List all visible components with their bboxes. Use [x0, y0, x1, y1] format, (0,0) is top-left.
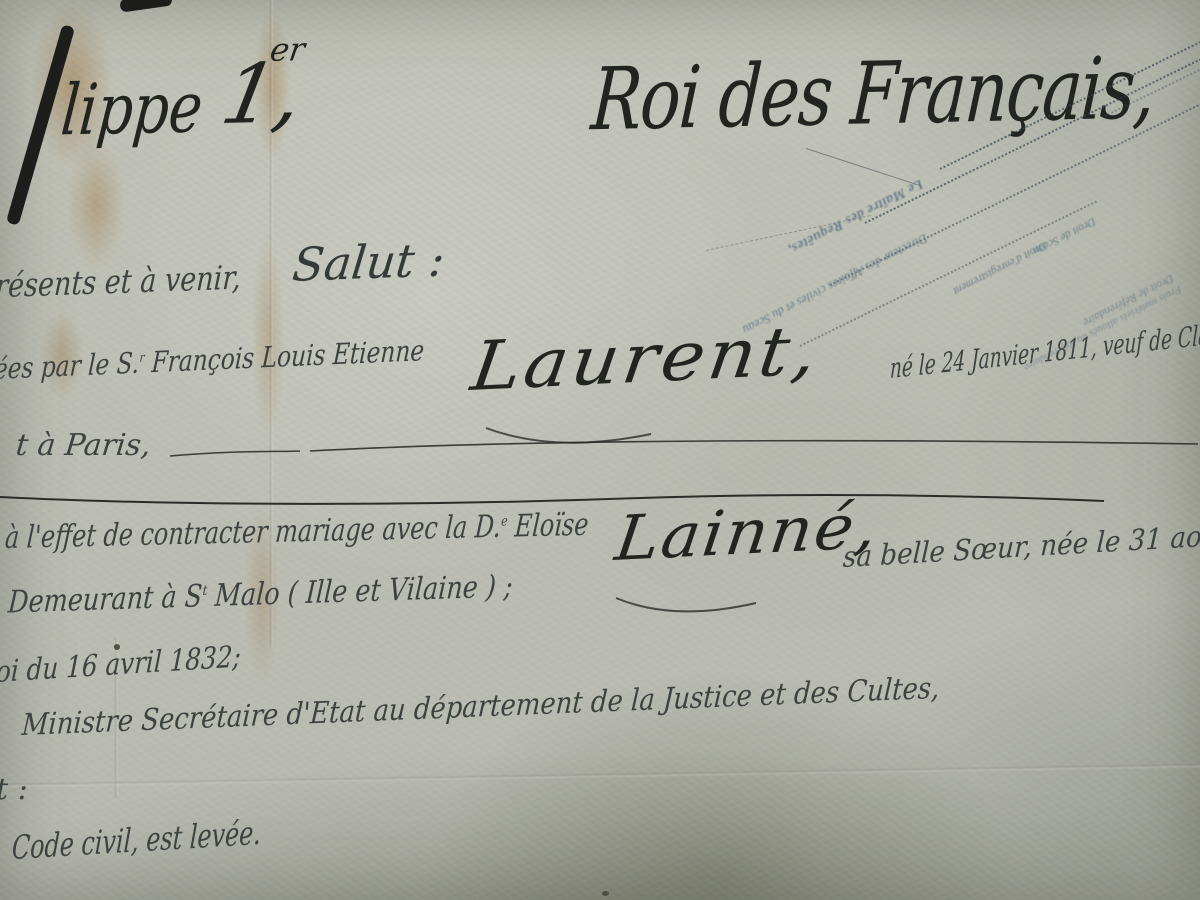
- royal-title-fragment: lippe: [58, 66, 206, 151]
- salutation-fragment: résents et à venir,: [0, 258, 242, 306]
- horizontal-fold-crease: [0, 764, 1200, 787]
- marriage-line: à l'effet de contracter mariage avec la …: [4, 507, 590, 556]
- surname-laurent: Laurent,: [467, 311, 825, 407]
- salutation-salut: Salut :: [290, 232, 447, 292]
- marriage-lead: à l'effet de contracter mariage avec la …: [4, 509, 502, 556]
- paper-speck: [602, 891, 609, 896]
- laurent-flourish: [486, 428, 651, 443]
- decree-fragment: t :: [0, 772, 28, 807]
- petitioner-line: ées par le S.r François Louis Etienne: [0, 333, 425, 386]
- birth-date-line: né le 24 Janvier 1811, veuf de Claire: [890, 316, 1200, 385]
- petitioner-lead: ées par le S.: [0, 346, 140, 386]
- marriage-bride: Eloïse: [506, 507, 590, 545]
- sister-line: sa belle Sœur, née le 31 aoû: [842, 518, 1200, 574]
- domicile-rest: Malo ( Ille et Vilaine ) ;: [206, 568, 514, 614]
- domicile-line: , Demeurant à St Malo ( Ille et Vilaine …: [0, 568, 514, 621]
- domicile-lead: , Demeurant à S: [0, 578, 203, 621]
- paris-line: t à Paris,: [14, 428, 152, 463]
- law-date-line: oi du 16 avril 1832;: [0, 639, 242, 690]
- code-civil-line: Code civil, est levée.: [11, 813, 262, 867]
- royal-title-text: Roi des Français,: [589, 38, 1157, 150]
- lainne-flourish: [616, 598, 756, 611]
- royal-title-line: lippe 1, er Roi des Français,: [0, 0, 1200, 253]
- petitioner-names: François Louis Etienne: [143, 333, 425, 379]
- minister-line: Ministre Secrétaire d'Etat au départemen…: [21, 671, 940, 743]
- royal-title-ordinal: er: [268, 30, 308, 69]
- ruled-line-lower: [0, 495, 1104, 504]
- parchment-photo: lippe 1, er Roi des Français, Le Maître …: [0, 0, 1200, 900]
